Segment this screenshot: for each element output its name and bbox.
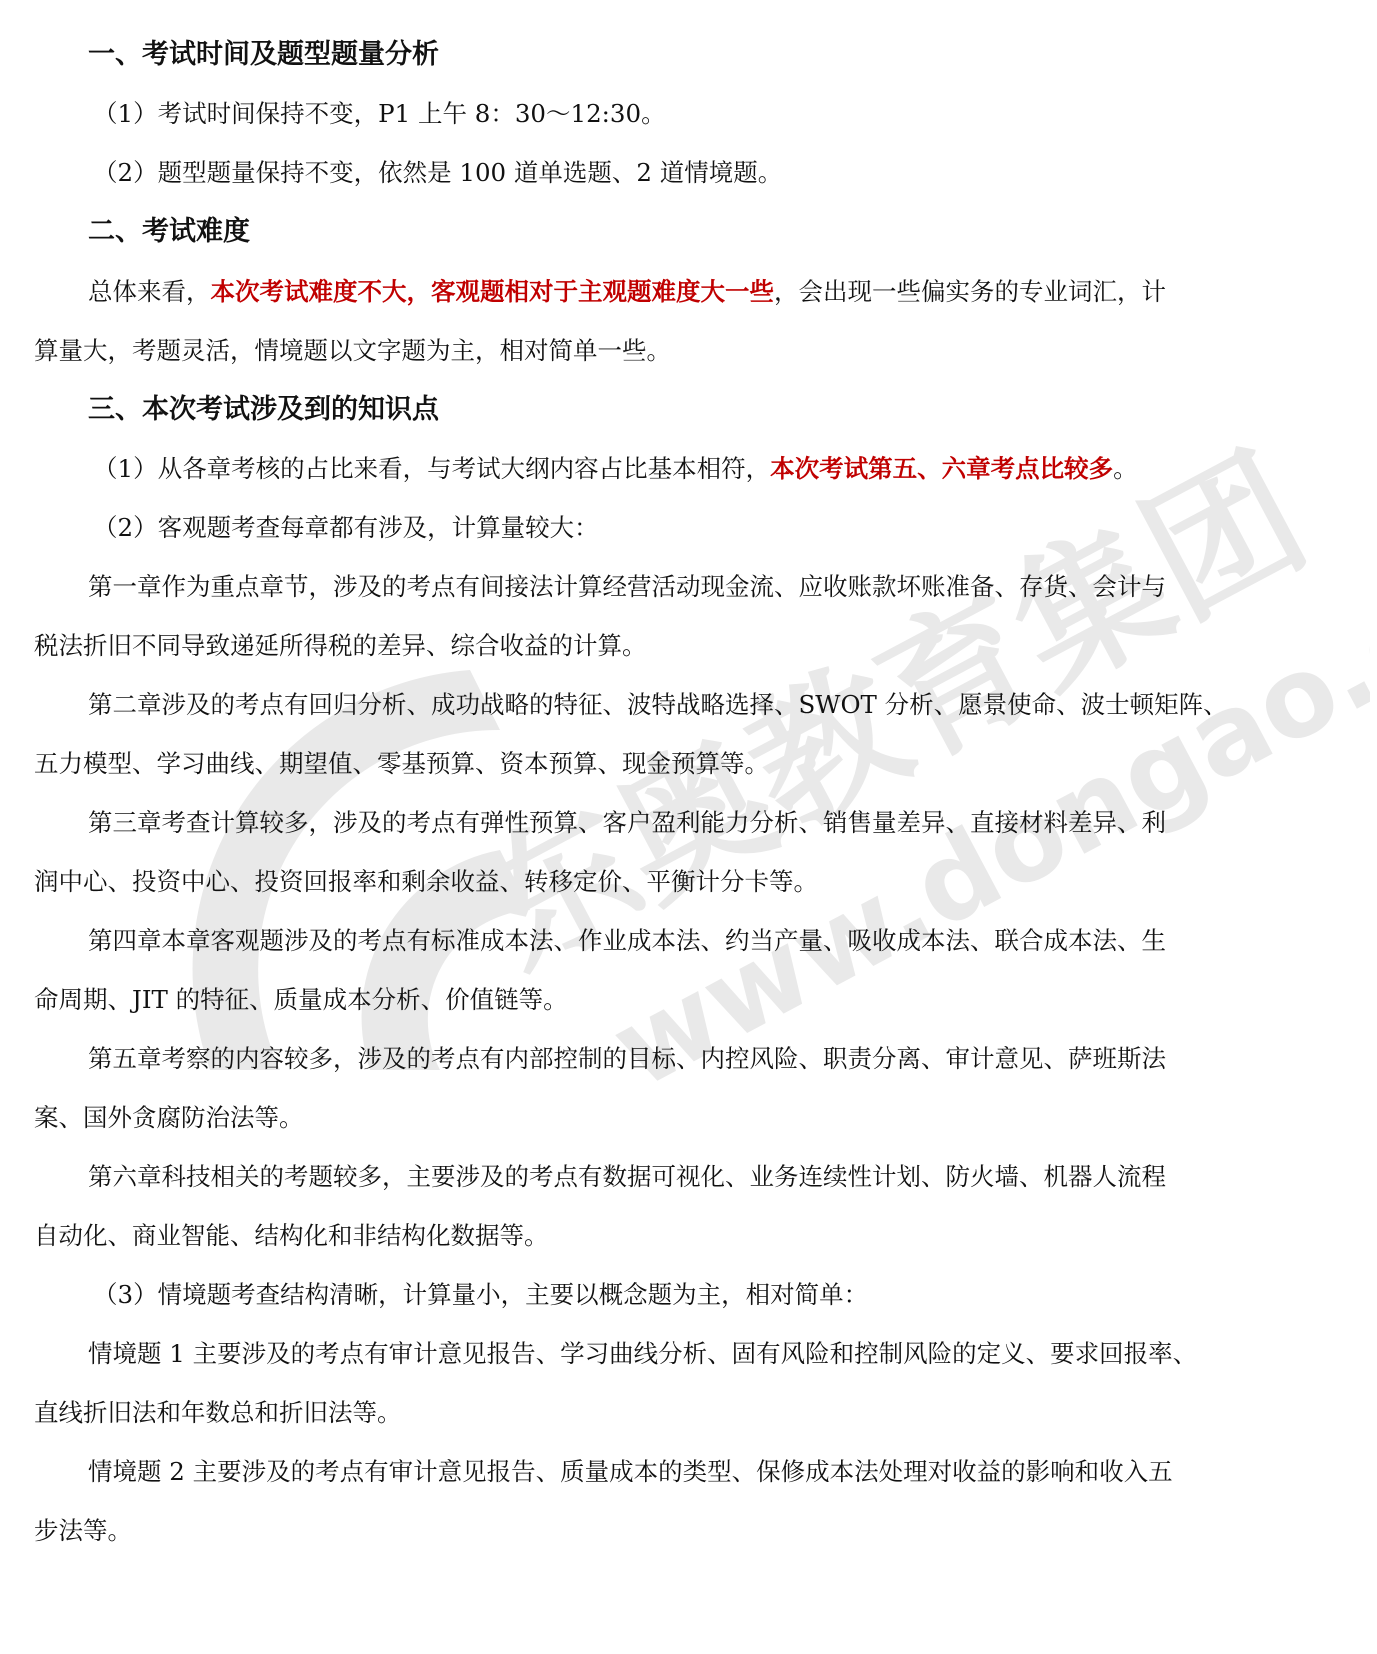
difficulty-rest: ，会出现一些偏实务的专业词汇，计 bbox=[774, 277, 1166, 306]
chapter-6-paragraph: 第六章科技相关的考题较多，主要涉及的考点有数据可视化、业务连续性计划、防火墙、机… bbox=[88, 1162, 1166, 1192]
difficulty-highlight: 本次考试难度不大，客观题相对于主观题难度大一些 bbox=[211, 277, 775, 306]
section-1-heading: 一、考试时间及题型题量分析 bbox=[88, 40, 439, 70]
difficulty-paragraph: 总体来看，本次考试难度不大，客观题相对于主观题难度大一些，会出现一些偏实务的专业… bbox=[88, 277, 1166, 307]
chapter-2-paragraph-cont: 五力模型、学习曲线、期望值、零基预算、资本预算、现金预算等。 bbox=[34, 749, 769, 779]
chapter-2-paragraph: 第二章涉及的考点有回归分析、成功战略的特征、波特战略选择、SWOT 分析、愿景使… bbox=[88, 690, 1228, 720]
section-2-heading: 二、考试难度 bbox=[88, 217, 250, 247]
chapter-1-paragraph-cont: 税法折旧不同导致递延所得税的差异、综合收益的计算。 bbox=[34, 631, 647, 661]
objective-questions-item: （2）客观题考查每章都有涉及，计算量较大： bbox=[93, 513, 599, 543]
scenario-1-paragraph: 情境题 1 主要涉及的考点有审计意见报告、学习曲线分析、固有风险和控制风险的定义… bbox=[88, 1339, 1197, 1369]
chapter-4-paragraph-cont: 命周期、JIT 的特征、质量成本分析、价值链等。 bbox=[34, 985, 568, 1015]
chapter-ratio-item: （1）从各章考核的占比来看，与考试大纲内容占比基本相符，本次考试第五、六章考点比… bbox=[93, 454, 1138, 484]
question-type-item: （2）题型题量保持不变，依然是 100 道单选题、2 道情境题。 bbox=[93, 158, 782, 188]
difficulty-lead: 总体来看， bbox=[88, 277, 211, 306]
difficulty-paragraph-cont: 算量大，考题灵活，情境题以文字题为主，相对简单一些。 bbox=[34, 336, 671, 366]
chapter-4-paragraph: 第四章本章客观题涉及的考点有标准成本法、作业成本法、约当产量、吸收成本法、联合成… bbox=[88, 926, 1166, 956]
scenario-2-paragraph: 情境题 2 主要涉及的考点有审计意见报告、质量成本的类型、保修成本法处理对收益的… bbox=[88, 1457, 1173, 1487]
exam-time-item: （1）考试时间保持不变，P1 上午 8：30～12:30。 bbox=[93, 99, 666, 129]
scenario-1-paragraph-cont: 直线折旧法和年数总和折旧法等。 bbox=[34, 1398, 402, 1428]
scenario-2-paragraph-cont: 步法等。 bbox=[34, 1516, 132, 1546]
scenario-questions-item: （3）情境题考查结构清晰，计算量小，主要以概念题为主，相对简单： bbox=[93, 1280, 868, 1310]
section-3-heading: 三、本次考试涉及到的知识点 bbox=[88, 395, 439, 425]
chapter-3-paragraph-cont: 润中心、投资中心、投资回报率和剩余收益、转移定价、平衡计分卡等。 bbox=[34, 867, 818, 897]
chapter-ratio-highlight: 本次考试第五、六章考点比较多 bbox=[770, 454, 1113, 483]
chapter-5-paragraph: 第五章考察的内容较多，涉及的考点有内部控制的目标、内控风险、职责分离、审计意见、… bbox=[88, 1044, 1166, 1074]
chapter-1-paragraph: 第一章作为重点章节，涉及的考点有间接法计算经营活动现金流、应收账款坏账准备、存货… bbox=[88, 572, 1166, 602]
chapter-ratio-lead: （1）从各章考核的占比来看，与考试大纲内容占比基本相符， bbox=[93, 454, 770, 483]
chapter-6-paragraph-cont: 自动化、商业智能、结构化和非结构化数据等。 bbox=[34, 1221, 549, 1251]
chapter-3-paragraph: 第三章考查计算较多，涉及的考点有弹性预算、客户盈利能力分析、销售量差异、直接材料… bbox=[88, 808, 1166, 838]
chapter-ratio-end: 。 bbox=[1113, 454, 1138, 483]
chapter-5-paragraph-cont: 案、国外贪腐防治法等。 bbox=[34, 1103, 304, 1133]
